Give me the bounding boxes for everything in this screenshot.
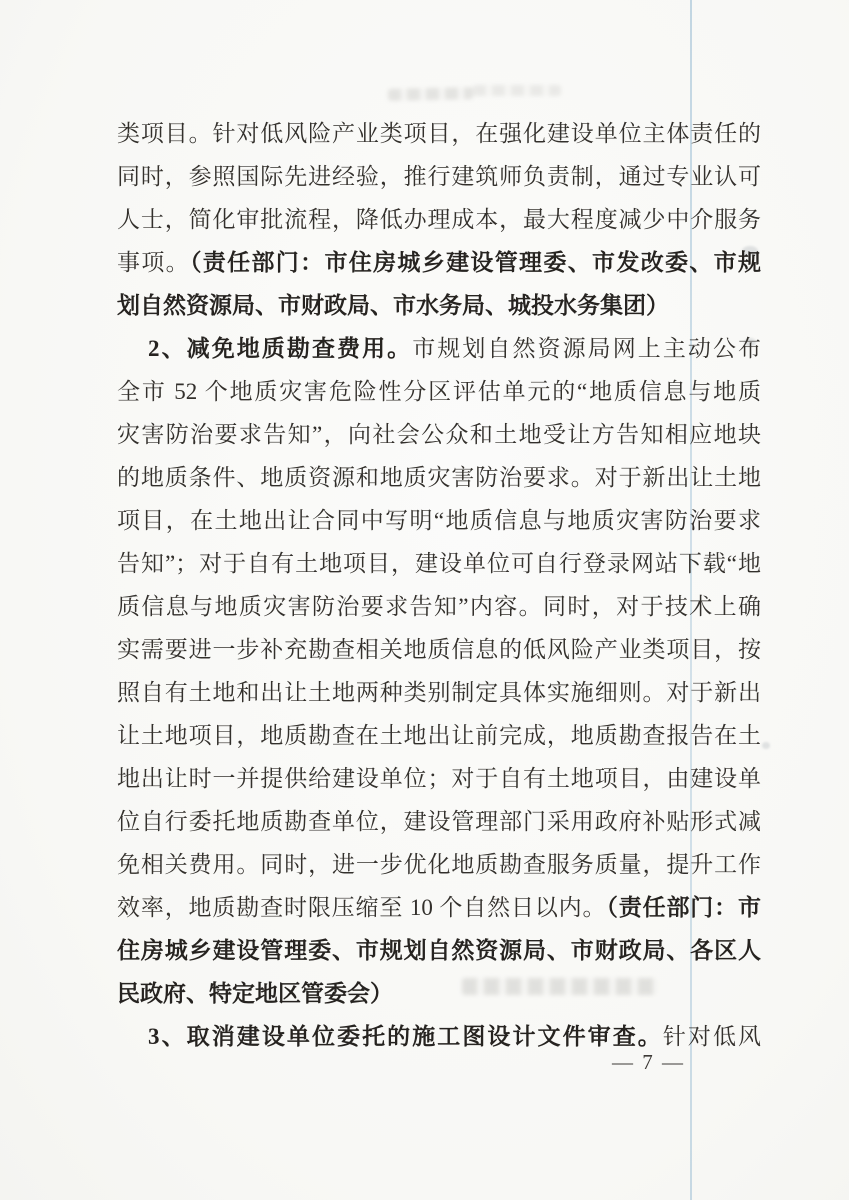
text-line: 效率，地质勘查时限压缩至 10 个自然日以内。（责任部门：市 — [117, 886, 761, 929]
responsibility-note-segment: （责任部门：市 — [606, 895, 761, 920]
text-line: 告知”；对于自有土地项目，建设单位可自行登录网站下载“地 — [117, 542, 761, 585]
document-page: 类项目。针对低风险产业类项目，在强化建设单位主体责任的 同时，参照国际先进经验，… — [0, 0, 849, 1200]
body-text-segment: 位自行委托地质勘查单位，建设管理部门采用政府补贴形式减 — [117, 809, 761, 834]
item-2-heading: 2、减免地质勘查费用。 — [148, 336, 412, 361]
text-line: 人士，简化审批流程，降低办理成本，最大程度减少中介服务 — [117, 198, 761, 241]
body-text-segment: 质信息与地质灾害防治要求告知”内容。同时，对于技术上确 — [117, 594, 761, 619]
text-line: 类项目。针对低风险产业类项目，在强化建设单位主体责任的 — [117, 112, 761, 155]
scan-speck — [762, 742, 770, 749]
text-line: 住房城乡建设管理委、市规划自然资源局、市财政局、各区人 — [117, 929, 761, 972]
body-text-segment: 让土地项目，地质勘查在土地出让前完成，地质勘查报告在土 — [117, 723, 761, 748]
text-line: 2、减免地质勘查费用。市规划自然资源局网上主动公布 — [117, 327, 761, 370]
responsibility-note-segment: 划自然资源局、市财政局、市水务局、城投水务集团） — [117, 293, 669, 318]
body-text-segment: 地出让时一并提供给建设单位；对于自有土地项目，由建设单 — [117, 766, 761, 791]
text-line: 照自有土地和出让土地两种类别制定具体实施细则。对于新出 — [117, 671, 761, 714]
text-line: 位自行委托地质勘查单位，建设管理部门采用政府补贴形式减 — [117, 800, 761, 843]
bleed-through-mark — [473, 85, 561, 96]
text-line: 实需要进一步补充勘查相关地质信息的低风险产业类项目，按 — [117, 628, 761, 671]
body-text-segment: 告知”；对于自有土地项目，建设单位可自行登录网站下载“地 — [117, 551, 761, 576]
text-line: 地出让时一并提供给建设单位；对于自有土地项目，由建设单 — [117, 757, 761, 800]
text-line: 的地质条件、地质资源和地质灾害防治要求。对于新出让土地 — [117, 456, 761, 499]
body-text-segment: 同时，参照国际先进经验，推行建筑师负责制，通过专业认可 — [117, 164, 761, 189]
body-text-segment: 实需要进一步补充勘查相关地质信息的低风险产业类项目，按 — [117, 637, 761, 662]
text-line: 灾害防治要求告知”，向社会公众和土地受让方告知相应地块 — [117, 413, 761, 456]
text-line: 事项。（责任部门：市住房城乡建设管理委、市发改委、市规 — [117, 241, 761, 284]
text-line: 划自然资源局、市财政局、市水务局、城投水务集团） — [117, 284, 761, 327]
paragraph-1-continuation: 类项目。针对低风险产业类项目，在强化建设单位主体责任的 同时，参照国际先进经验，… — [117, 112, 761, 327]
text-line: 质信息与地质灾害防治要求告知”内容。同时，对于技术上确 — [117, 585, 761, 628]
paragraph-2: 2、减免地质勘查费用。市规划自然资源局网上主动公布 全市 52 个地质灾害危险性… — [117, 327, 761, 1015]
responsibility-note-segment: 民政府、特定地区管委会） — [117, 981, 393, 1006]
body-text-segment: 针对低风 — [663, 1024, 761, 1049]
text-line: 让土地项目，地质勘查在土地出让前完成，地质勘查报告在土 — [117, 714, 761, 757]
text-line: 民政府、特定地区管委会） — [117, 972, 761, 1015]
body-text-segment: 全市 52 个地质灾害危险性分区评估单元的“地质信息与地质 — [117, 379, 761, 404]
body-text-segment: 市规划自然资源局网上主动公布 — [412, 336, 761, 361]
body-text-segment: 照自有土地和出让土地两种类别制定具体实施细则。对于新出 — [117, 680, 761, 705]
body-text-segment: 免相关费用。同时，进一步优化地质勘查服务质量，提升工作 — [117, 852, 761, 877]
responsibility-note-segment: 住房城乡建设管理委、市规划自然资源局、市财政局、各区人 — [117, 938, 761, 963]
body-text-segment: 类项目。针对低风险产业类项目，在强化建设单位主体责任的 — [117, 121, 761, 146]
text-line: 项目，在土地出让合同中写明“地质信息与地质灾害防治要求 — [117, 499, 761, 542]
responsibility-note-segment: （责任部门：市住房城乡建设管理委、市发改委、市规 — [190, 250, 761, 275]
text-line: 同时，参照国际先进经验，推行建筑师负责制，通过专业认可 — [117, 155, 761, 198]
body-text-segment: 项目，在土地出让合同中写明“地质信息与地质灾害防治要求 — [117, 508, 761, 533]
body-text-segment: 效率，地质勘查时限压缩至 10 个自然日以内。 — [117, 895, 606, 920]
body-text-segment: 人士，简化审批流程，降低办理成本，最大程度减少中介服务 — [117, 207, 761, 232]
item-3-heading: 3、取消建设单位委托的施工图设计文件审查。 — [148, 1024, 663, 1049]
body-text-segment: 灾害防治要求告知”，向社会公众和土地受让方告知相应地块 — [117, 422, 761, 447]
body-text-segment: 的地质条件、地质资源和地质灾害防治要求。对于新出让土地 — [117, 465, 761, 490]
document-body: 类项目。针对低风险产业类项目，在强化建设单位主体责任的 同时，参照国际先进经验，… — [117, 112, 761, 1058]
page-number: — 7 — — [612, 1050, 702, 1075]
body-text-segment: 事项。 — [117, 250, 190, 275]
bleed-through-mark — [388, 87, 473, 101]
text-line: 全市 52 个地质灾害危险性分区评估单元的“地质信息与地质 — [117, 370, 761, 413]
text-line: 免相关费用。同时，进一步优化地质勘查服务质量，提升工作 — [117, 843, 761, 886]
